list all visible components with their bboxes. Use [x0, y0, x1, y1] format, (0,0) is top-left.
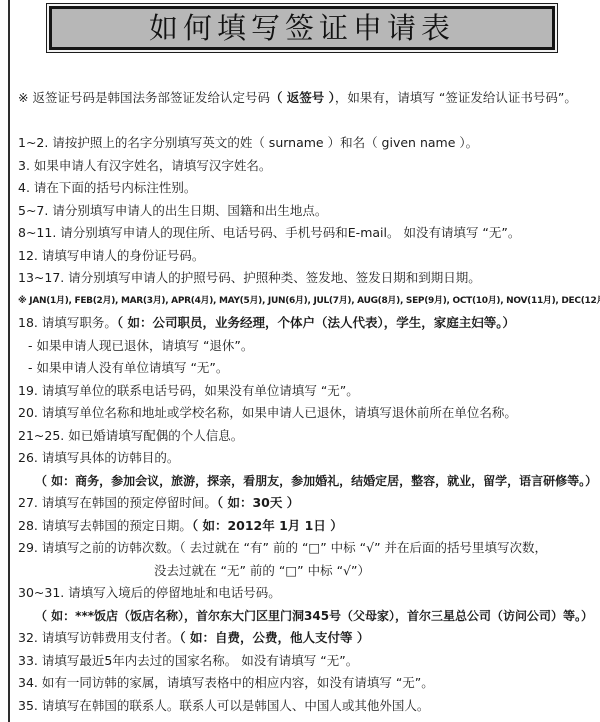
- line-8-11: 8~11. 请分别填写申请人的现住所、电话号码、手机号码和E-mail。 如没有…: [18, 222, 600, 245]
- line-text: 18. 请填写职务。: [18, 315, 117, 330]
- line-text: 33. 请填写最近5年内去过的国家名称。 如没有请填写 “无”。: [18, 653, 358, 668]
- line-30-31-example: （ 如：***饭店（饭店名称），首尔东大门区里门洞345号（父母家），首尔三星总…: [35, 605, 600, 628]
- line-33: 33. 请填写最近5年内去过的国家名称。 如没有请填写 “无”。: [18, 650, 600, 673]
- line-text: 29. 请填写之前的访韩次数。（ 去过就在 “有” 前的 “□” 中标 “√” …: [18, 540, 547, 555]
- note-month-abbreviations: ※ JAN(1月), FEB(2月), MAR(3月), APR(4月), MA…: [18, 290, 600, 313]
- line-text-bold: （ 如：商务，参加会议，旅游，探亲，看朋友，参加婚礼，结婚定居，整容，就业，留学…: [35, 474, 597, 488]
- line-text-bold: （ 如：30天 ）: [217, 495, 299, 510]
- line-text: 28. 请填写去韩国的预定日期。: [18, 518, 192, 533]
- line-27: 27. 请填写在韩国的预定停留时间。（ 如：30天 ）: [18, 492, 600, 515]
- line-text: 12. 请填写申请人的身份证号码。: [18, 248, 204, 263]
- line-19: 19. 请填写单位的联系电话号码，如果没有单位请填写 “无”。: [18, 380, 600, 403]
- page-left-border: [8, 0, 10, 722]
- line-18-sub-retired: - 如果申请人现已退休，请填写 “退休”。: [28, 335, 600, 358]
- line-text: 3. 如果申请人有汉字姓名，请填写汉字姓名。: [18, 158, 271, 173]
- line-18: 18. 请填写职务。（ 如：公司职员，业务经理，个体户（法人代表），学生，家庭主…: [18, 312, 600, 335]
- line-4: 4. 请在下面的括号内标注性别。: [18, 177, 600, 200]
- note-visa-number: ※ 返签证号码是韩国法务部签证发给认定号码（ 返签号 ），如果有，请填写 “签证…: [18, 87, 600, 110]
- line-20: 20. 请填写单位名称和地址或学校名称，如果申请人已退休，请填写退休前所在单位名…: [18, 402, 600, 425]
- line-text: 1~2. 请按护照上的名字分别填写英文的姓（ surname ）和名（ give…: [18, 135, 478, 150]
- line-text: 34. 如有一同访韩的家属，请填写表格中的相应内容，如没有请填写 “无”。: [18, 675, 434, 690]
- line-text: - 如果申请人没有单位请填写 “无”。: [28, 360, 228, 375]
- line-35: 35. 请填写在韩国的联系人。联系人可以是韩国人、中国人或其他外国人。: [18, 695, 600, 718]
- line-text-bold: （ 返签号 ）: [270, 90, 335, 105]
- line-12: 12. 请填写申请人的身份证号码。: [18, 245, 600, 268]
- line-32: 32. 请填写访韩费用支付者。（ 如：自费，公费，他人支付等 ）: [18, 627, 600, 650]
- line-text: 27. 请填写在韩国的预定停留时间。: [18, 495, 217, 510]
- line-text-bold: （ 如：***饭店（饭店名称），首尔东大门区里门洞345号（父母家），首尔三星总…: [35, 609, 593, 623]
- line-text-bold: （ 如：自费，公费，他人支付等 ）: [179, 630, 369, 645]
- line-18-sub-none: - 如果申请人没有单位请填写 “无”。: [28, 357, 600, 380]
- line-1-2: 1~2. 请按护照上的名字分别填写英文的姓（ surname ）和名（ give…: [18, 132, 600, 155]
- line-text: 8~11. 请分别填写申请人的现住所、电话号码、手机号码和E-mail。 如没有…: [18, 225, 520, 240]
- line-5-7: 5~7. 请分别填写申请人的出生日期、国籍和出生地点。: [18, 200, 600, 223]
- line-13-17: 13~17. 请分别填写申请人的护照号码、护照种类、签发地、签发日期和到期日期。: [18, 267, 600, 290]
- line-text: 32. 请填写访韩费用支付者。: [18, 630, 179, 645]
- line-text: 26. 请填写具体的访韩目的。: [18, 450, 179, 465]
- line-text: 5~7. 请分别填写申请人的出生日期、国籍和出生地点。: [18, 203, 327, 218]
- line-26-example: （ 如：商务，参加会议，旅游，探亲，看朋友，参加婚礼，结婚定居，整容，就业，留学…: [35, 470, 600, 493]
- line-text: ，如果有，请填写 “签证发给认证书号码”。: [335, 90, 577, 105]
- line-text: 21~25. 如已婚请填写配偶的个人信息。: [18, 428, 243, 443]
- line-29-continuation: 没去过就在 “无” 前的 “□” 中标 “√”）: [154, 560, 600, 583]
- line-text: 35. 请填写在韩国的联系人。联系人可以是韩国人、中国人或其他外国人。: [18, 698, 429, 713]
- line-21-25: 21~25. 如已婚请填写配偶的个人信息。: [18, 425, 600, 448]
- line-28: 28. 请填写去韩国的预定日期。（ 如：2012年 1月 1日 ）: [18, 515, 600, 538]
- line-text: - 如果申请人现已退休，请填写 “退休”。: [28, 338, 253, 353]
- instructions: ※ 返签证号码是韩国法务部签证发给认定号码（ 返签号 ），如果有，请填写 “签证…: [18, 87, 600, 717]
- line-34: 34. 如有一同访韩的家属，请填写表格中的相应内容，如没有请填写 “无”。: [18, 672, 600, 695]
- line-text-bold: （ 如：公司职员，业务经理，个体户（法人代表），学生，家庭主妇等。）: [117, 315, 515, 330]
- line-26: 26. 请填写具体的访韩目的。: [18, 447, 600, 470]
- line-text: 19. 请填写单位的联系电话号码，如果没有单位请填写 “无”。: [18, 383, 359, 398]
- line-3: 3. 如果申请人有汉字姓名，请填写汉字姓名。: [18, 155, 600, 178]
- title-box-frame: 如何填写签证申请表: [46, 3, 558, 53]
- line-29: 29. 请填写之前的访韩次数。（ 去过就在 “有” 前的 “□” 中标 “√” …: [18, 537, 600, 560]
- page-title: 如何填写签证申请表: [149, 11, 455, 45]
- visa-instruction-document: 如何填写签证申请表 ※ 返签证号码是韩国法务部签证发给认定号码（ 返签号 ），如…: [0, 3, 600, 717]
- line-text: 30~31. 请填写入境后的停留地址和电话号码。: [18, 585, 281, 600]
- line-text: 13~17. 请分别填写申请人的护照号码、护照种类、签发地、签发日期和到期日期。: [18, 270, 481, 285]
- line-text: ※ JAN(1月), FEB(2月), MAR(3月), APR(4月), MA…: [18, 296, 600, 306]
- line-text-bold: （ 如：2012年 1月 1日 ）: [192, 518, 343, 533]
- line-text: 没去过就在 “无” 前的 “□” 中标 “√”）: [154, 563, 370, 578]
- line-text: 4. 请在下面的括号内标注性别。: [18, 180, 196, 195]
- line-text: 20. 请填写单位名称和地址或学校名称，如果申请人已退休，请填写退休前所在单位名…: [18, 405, 517, 420]
- line-text: ※ 返签证号码是韩国法务部签证发给认定号码: [18, 90, 270, 105]
- title-box: 如何填写签证申请表: [49, 6, 555, 50]
- line-30-31: 30~31. 请填写入境后的停留地址和电话号码。: [18, 582, 600, 605]
